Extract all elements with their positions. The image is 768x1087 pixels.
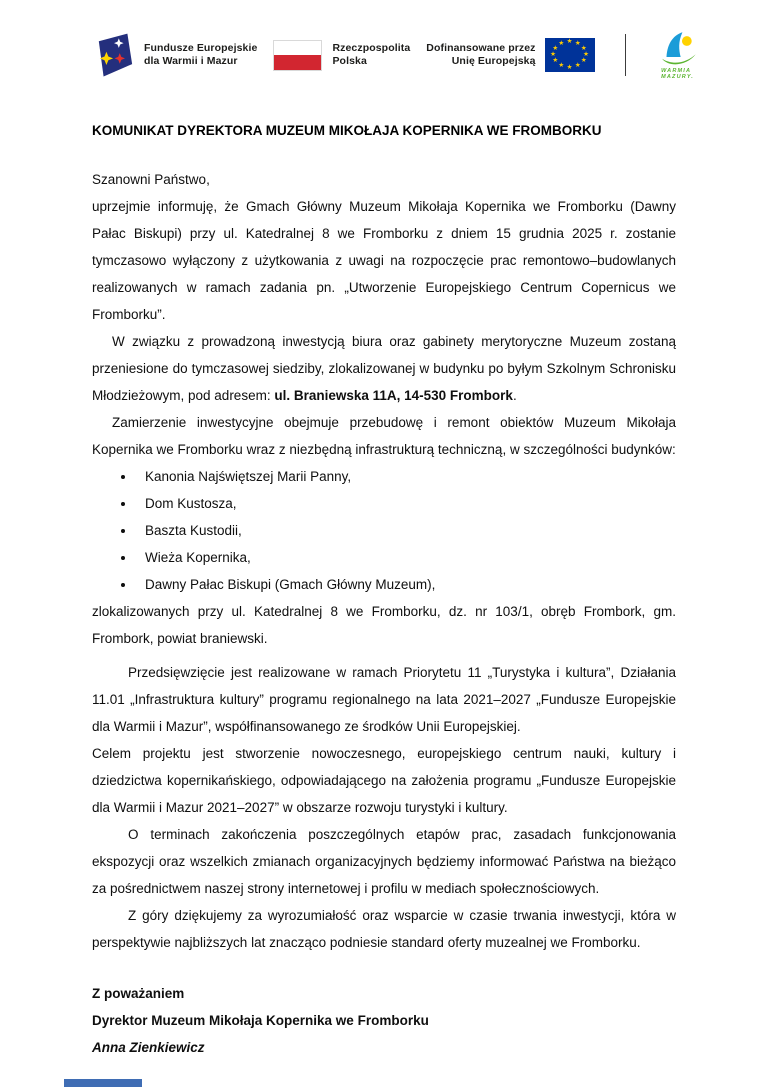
paragraph-thanks: Z góry dziękujemy za wyrozumiałość oraz … [92,902,676,956]
eu-flag-icon: ★★★★★★★★★★★★ [545,38,595,72]
signature-closing: Z poważaniem [92,980,676,1007]
fundusze-europejskie-label: Fundusze Europejskie dla Warmii i Mazur [144,42,257,68]
eu-funding-label: Dofinansowane przez Unię Europejską [426,42,535,68]
list-item: Dawny Pałac Biskupi (Gmach Główny Muzeum… [136,571,676,598]
eu-funding-logo: Dofinansowane przez Unię Europejską ★★★★… [426,38,594,72]
signature-name: Anna Zienkiewicz [92,1034,676,1061]
fundusze-europejskie-logo: Fundusze Europejskie dla Warmii i Mazur [95,32,257,79]
list-item: Kanonia Najświętszej Marii Panny, [136,463,676,490]
page-title: KOMUNIKAT DYREKTORA MUZEUM MIKOŁAJA KOPE… [92,117,676,144]
temporary-address: ul. Braniewska 11A, 14-530 Frombork [274,388,513,403]
fundusze-europejskie-flag-icon [95,32,135,79]
page-edge-blue-bar [64,1079,142,1087]
list-item: Baszta Kustodii, [136,517,676,544]
paragraph-location: zlokalizowanych przy ul. Katedralnej 8 w… [92,598,676,652]
list-item: Wieża Kopernika, [136,544,676,571]
buildings-list: Kanonia Najświętszej Marii Panny, Dom Ku… [92,463,676,598]
salutation: Szanowni Państwo, [92,166,676,193]
document-page: Fundusze Europejskie dla Warmii i Mazur … [0,0,768,1087]
paragraph-goal: Celem projektu jest stworzenie nowoczesn… [92,740,676,821]
logo-divider [625,34,626,76]
signature-block: Z poważaniem Dyrektor Muzeum Mikołaja Ko… [92,980,676,1061]
signature-role: Dyrektor Muzeum Mikołaja Kopernika we Fr… [92,1007,676,1034]
rzeczpospolita-polska-label: Rzeczpospolita Polska [332,42,410,68]
letter-body: KOMUNIKAT DYREKTORA MUZEUM MIKOŁAJA KOPE… [0,117,768,1061]
paragraph-updates: O terminach zakończenia poszczególnych e… [92,821,676,902]
paragraph-scope: Zamierzenie inwestycyjne obejmuje przebu… [92,409,676,463]
rzeczpospolita-polska-logo: Rzeczpospolita Polska [257,40,410,71]
poland-flag-icon [273,40,322,71]
paragraph-relocation: W związku z prowadzoną inwestycją biura … [92,328,676,409]
paragraph-relocation-end: . [513,388,517,403]
list-item: Dom Kustosza, [136,490,676,517]
paragraph-intro: uprzejmie informuję, że Gmach Główny Muz… [92,193,676,328]
warmia-mazury-sail-icon [655,30,701,68]
funding-logos-header: Fundusze Europejskie dla Warmii i Mazur … [0,0,768,84]
warmia-mazury-label: WARMIA MAZURY. [661,68,694,80]
paragraph-programme: Przedsięwzięcie jest realizowane w ramac… [92,659,676,740]
warmia-mazury-logo: WARMIA MAZURY. [655,30,701,80]
